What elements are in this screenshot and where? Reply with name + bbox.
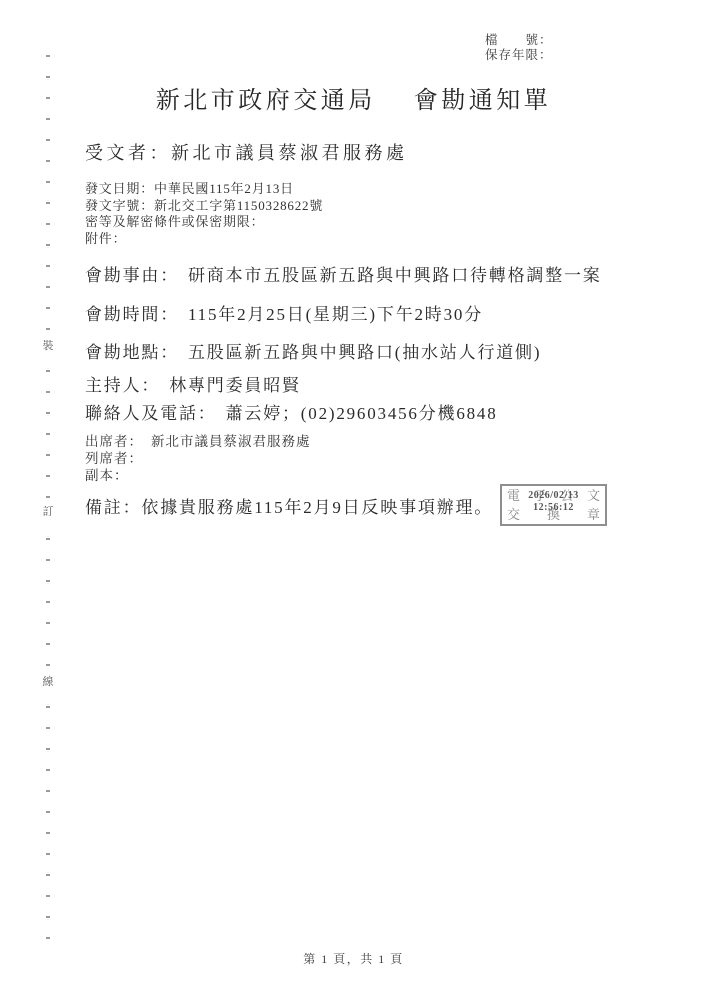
document-meta-block: 發文日期：中華民國115年2月13日 發文字號：新北交工字第1150328622… <box>85 181 323 247</box>
attachment-label: 附件： <box>85 231 126 246</box>
inspection-subject-label: 會勘事由： <box>85 266 179 285</box>
file-number-label: 檔 號： <box>485 33 553 48</box>
document-title: 新北市政府交通局 會勘通知單 <box>0 80 707 115</box>
electronic-exchange-stamp: 電 子 公 文 交 換 章 2026/02/13 12:56:12 <box>500 484 607 526</box>
recipient-line: 受文者：新北市議員蔡淑君服務處 <box>85 139 408 165</box>
issue-date-line: 發文日期：中華民國115年2月13日 <box>85 181 323 198</box>
attendee-label: 出席者： <box>85 434 143 449</box>
host-line: 主持人：林專門委員昭賢 <box>85 371 301 396</box>
host-label: 主持人： <box>85 376 160 395</box>
binding-mark-zhuang: 裝 <box>39 334 57 356</box>
contact-label: 聯絡人及電話： <box>85 404 217 423</box>
attendee-block: 出席者：新北市議員蔡淑君服務處 列席者： 副本： <box>85 433 311 484</box>
title-document-type: 會勘通知單 <box>414 80 552 115</box>
attachment-line: 附件： <box>85 231 323 248</box>
page-number-footer: 第 1 頁，共 1 頁 <box>0 950 707 967</box>
remark-label: 備註： <box>85 498 141 517</box>
inspection-location-value: 五股區新五路與中興路口(抽水站人行道側) <box>188 343 541 362</box>
inspection-location-line: 會勘地點：五股區新五路與中興路口(抽水站人行道側) <box>85 338 541 363</box>
stamp-time: 12:56:12 <box>502 503 605 513</box>
observer-label: 列席者： <box>85 451 143 466</box>
classification-label: 密等及解密條件或保密期限： <box>85 214 264 229</box>
remark-line: 備註：依據貴服務處115年2月9日反映事項辦理。 <box>85 493 493 518</box>
recipient-value: 新北市議員蔡淑君服務處 <box>171 143 408 163</box>
inspection-time-label: 會勘時間： <box>85 305 179 324</box>
retention-period-label: 保存年限： <box>485 48 553 63</box>
attendee-line: 出席者：新北市議員蔡淑君服務處 <box>85 433 311 450</box>
stamp-date: 2026/02/13 <box>502 491 605 501</box>
document-number-line: 發文字號：新北交工字第1150328622號 <box>85 198 323 215</box>
document-page: 裝 訂 線 檔 號： 保存年限： 新北市政府交通局 會勘通知單 受文者：新北市議… <box>0 0 707 1000</box>
issue-date-label: 發文日期： <box>85 181 154 196</box>
host-value: 林專門委員昭賢 <box>169 376 301 395</box>
document-number-value: 新北交工字第1150328622號 <box>154 198 323 213</box>
inspection-subject-value: 研商本市五股區新五路與中興路口待轉格調整一案 <box>188 266 602 285</box>
binding-mark-xian: 線 <box>39 670 57 692</box>
remark-value: 依據貴服務處115年2月9日反映事項辦理。 <box>141 498 493 517</box>
document-number-label: 發文字號： <box>85 198 154 213</box>
observer-line: 列席者： <box>85 450 311 467</box>
classification-line: 密等及解密條件或保密期限： <box>85 214 323 231</box>
contact-line: 聯絡人及電話：蕭云婷；(02)29603456分機6848 <box>85 399 498 424</box>
file-number-block: 檔 號： 保存年限： <box>485 33 553 63</box>
recipient-label: 受文者： <box>85 143 171 163</box>
binding-mark-ding: 訂 <box>39 500 57 522</box>
inspection-location-label: 會勘地點： <box>85 343 179 362</box>
inspection-subject-line: 會勘事由：研商本市五股區新五路與中興路口待轉格調整一案 <box>85 261 602 286</box>
inspection-time-value: 115年2月25日(星期三)下午2時30分 <box>188 305 483 324</box>
title-organization: 新北市政府交通局 <box>156 80 376 115</box>
copy-to-label: 副本： <box>85 468 129 483</box>
inspection-time-line: 會勘時間：115年2月25日(星期三)下午2時30分 <box>85 300 483 325</box>
copy-to-line: 副本： <box>85 467 311 484</box>
issue-date-value: 中華民國115年2月13日 <box>154 181 294 196</box>
contact-value: 蕭云婷；(02)29603456分機6848 <box>226 404 498 423</box>
attendee-value: 新北市議員蔡淑君服務處 <box>151 434 311 449</box>
